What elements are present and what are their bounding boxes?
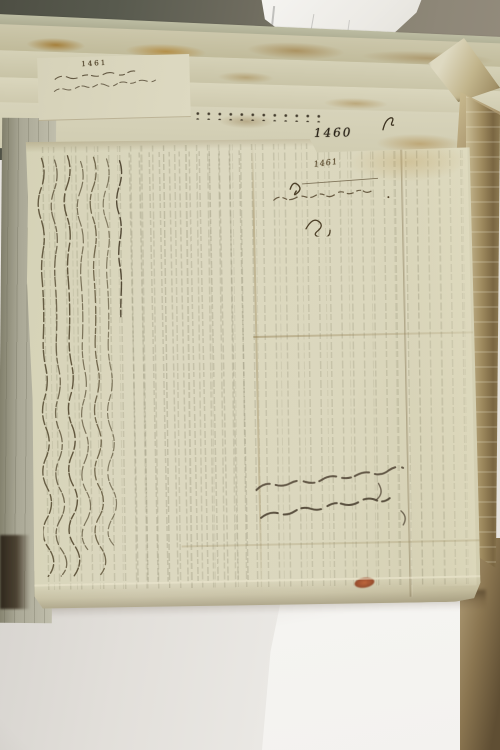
year-annotation-1460: 1460 xyxy=(314,125,353,140)
book-spine-shadow xyxy=(0,535,30,609)
year-annotation-corner: 1461 xyxy=(81,59,107,69)
docket-address-lines xyxy=(250,462,426,534)
ink-specks xyxy=(192,110,324,122)
ink-curl-mark xyxy=(378,114,394,134)
corner-annotation-page: 1461 xyxy=(37,54,191,121)
handwriting-column xyxy=(35,151,136,603)
bleedthrough-script-texture-dense xyxy=(123,150,250,582)
handwriting-flourish xyxy=(301,210,332,237)
handwriting-note-lines xyxy=(52,66,173,101)
handwriting-note-line xyxy=(270,189,392,206)
manuscript-stack-photo: 1460 1461 146 xyxy=(0,0,500,750)
main-manuscript-page: 1461 xyxy=(23,131,481,610)
